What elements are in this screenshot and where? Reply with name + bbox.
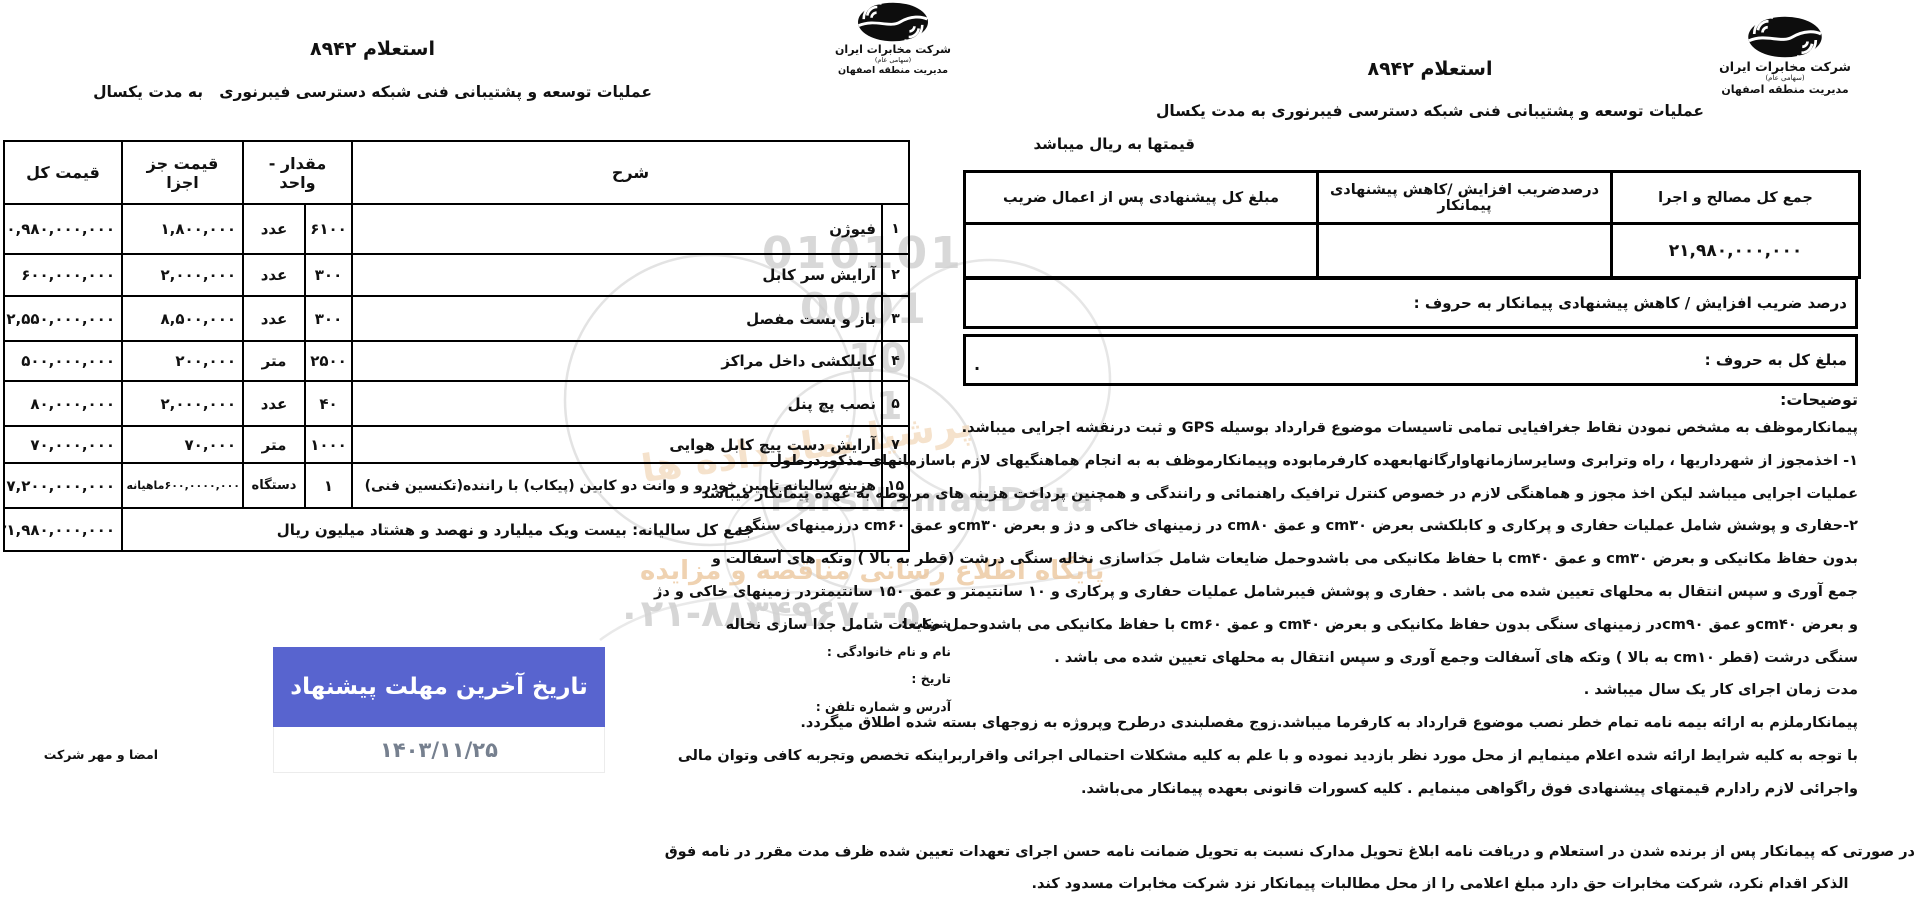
row-unit-price: ۲,۰۰۰,۰۰۰	[122, 381, 243, 426]
row-number: ۴	[882, 341, 909, 381]
company-logo: شرکت مخابرات ایران (سهامی عام) مدیریت من…	[838, 2, 948, 76]
row-total-price: ۲,۵۵۰,۰۰۰,۰۰۰	[4, 296, 122, 341]
notes-line: واجرائی لازم رادارم قیمتهای پیشنهادی فوق…	[965, 773, 1858, 806]
row-unit-price: ۲۰۰,۰۰۰	[122, 341, 243, 381]
notes-line: ۲-حفاری و پوشش شامل عملیات حفاری و پرکار…	[965, 510, 1858, 543]
proposed-amount-value	[965, 224, 1318, 278]
row-qty: ۴۰	[305, 381, 352, 426]
col-header-qty-unit: مقدار - واحد	[243, 141, 352, 204]
row-unit: عدد	[243, 296, 305, 341]
table-row: ۳ باز و بست مفصل ۳۰۰ عدد ۸,۵۰۰,۰۰۰ ۲,۵۵۰…	[4, 296, 909, 341]
form-label-fullname: نام و نام خانوادگی :	[741, 638, 951, 666]
notes-line: پیمانکارملزم به ارائه بیمه نامه تمام خطر…	[965, 707, 1858, 740]
row-number: ۱	[882, 204, 909, 254]
form-label-date: تاریخ :	[741, 665, 951, 693]
col-header-description: شرح	[352, 141, 909, 204]
row-unit: دستگاه	[243, 463, 305, 508]
row-total-price: ۸۰,۰۰۰,۰۰۰	[4, 381, 122, 426]
row-unit-price: ۱,۸۰۰,۰۰۰	[122, 204, 243, 254]
tender-document: 010101 0001 10 1 پرشیا نماد داده ها Pars…	[0, 0, 1924, 924]
percent-in-words-label: درصد ضریب افزایش / کاهش پیشنهادی پیمانکا…	[1414, 294, 1847, 312]
row-number: ۳	[882, 296, 909, 341]
row-total-price: ۷۰,۰۰۰,۰۰۰	[4, 426, 122, 463]
inquiry-subtitle-left: عملیات توسعه و پشتیبانی فنی شبکه دسترسی …	[0, 83, 745, 101]
inquiry-title-right: استعلام ۸۹۴۲	[1000, 58, 1860, 80]
row-unit-price: ۸,۵۰۰,۰۰۰	[122, 296, 243, 341]
table-row: ۲ آرایش سر کابل ۳۰۰ عدد ۲,۰۰۰,۰۰۰ ۶۰۰,۰۰…	[4, 254, 909, 296]
table-row: ۴ کابلکشی داخل مراکز ۲۵۰۰ متر ۲۰۰,۰۰۰ ۵۰…	[4, 341, 909, 381]
penalty-clause: در صورتی که پیمانکار پس از برنده شدن در …	[965, 836, 1915, 900]
notes-line: و بعرض cm۴۰و عمق cm۹۰در زمینهای سنگی بدو…	[965, 609, 1858, 642]
row-number: ۵	[882, 381, 909, 426]
notes-line: ۱- اخذمجوز از شهرداریها ، راه وترابری وس…	[965, 445, 1858, 478]
penalty-clause-line: در صورتی که پیمانکار پس از برنده شدن در …	[965, 836, 1915, 868]
row-description: کابلکشی داخل مراکز	[352, 341, 882, 381]
logo-region: مدیریت منطقه اصفهان	[1721, 83, 1848, 96]
row-total-price: ۷,۲۰۰,۰۰۰,۰۰۰	[4, 463, 122, 508]
deadline-date: ۱۴۰۳/۱۱/۲۵	[273, 727, 605, 773]
notes-title: توضیحات:	[965, 390, 1858, 409]
row-unit: متر	[243, 341, 305, 381]
row-unit: عدد	[243, 204, 305, 254]
row-unit: متر	[243, 426, 305, 463]
row-description: باز و بست مفصل	[352, 296, 882, 341]
logo-region: مدیریت منطقه اصفهان	[838, 65, 948, 76]
inquiry-subtitle-right: عملیات توسعه و پشتیبانی فنی شبکه دسترسی …	[1000, 102, 1860, 120]
col-header-proposed-amount: مبلغ کل پیشنهادی پس از اعمال ضریب	[965, 172, 1318, 224]
row-total-price: ۶۰۰,۰۰۰,۰۰۰	[4, 254, 122, 296]
inquiry-title-left: استعلام ۸۹۴۲	[0, 38, 745, 60]
row-unit: عدد	[243, 254, 305, 296]
col-header-materials-total: جمع کل مصالح و اجرا	[1612, 172, 1860, 224]
summary-table: جمع کل مصالح و اجرا درصدضریب افزایش /کاه…	[963, 170, 1861, 279]
notes-line: پیمانکارموظف به مشخص نمودن نقاط جغرافیای…	[965, 412, 1858, 445]
table-row: ۱ فیوژن ۶۱۰۰ عدد ۱,۸۰۰,۰۰۰ ۱۰,۹۸۰,۰۰۰,۰۰…	[4, 204, 909, 254]
row-total-price: ۵۰۰,۰۰۰,۰۰۰	[4, 341, 122, 381]
notes-line: بدون حفاظ مکانیکی و بعرض cm۳۰ و عمق cm۴۰…	[965, 543, 1858, 576]
row-qty: ۳۰۰	[305, 296, 352, 341]
row-number: ۲	[882, 254, 909, 296]
notes-line: مدت زمان اجرای کار یک سال میباشد .	[965, 674, 1858, 707]
row-unit-price: ۶۰۰,۰۰۰۰,۰۰۰ماهیانه	[122, 463, 243, 508]
amount-in-words-box: مبلغ کل به حروف : ·	[963, 334, 1858, 386]
row-qty: ۶۱۰۰	[305, 204, 352, 254]
logo-company-type: (سهامی عام)	[875, 56, 911, 64]
notes-line: عملیات اجرایی میباشد لیکن اخذ مجوز و هما…	[965, 478, 1858, 511]
notes-line: با توجه به کلیه شرایط ارائه شده اعلام می…	[965, 740, 1858, 773]
summary-header-row: جمع کل مصالح و اجرا درصدضریب افزایش /کاه…	[965, 172, 1860, 224]
tci-emblem-icon	[855, 2, 931, 42]
items-table-header-row: شرح مقدار - واحد قیمت جز اجزا قیمت کل	[4, 141, 909, 204]
summary-value-row: ۲۱,۹۸۰,۰۰۰,۰۰۰	[965, 224, 1860, 278]
notes-line: سنگی درشت (قطر cm۱۰ به بالا ) وتکه های آ…	[965, 642, 1858, 675]
table-row: ۵ نصب پچ پنل ۴۰ عدد ۲,۰۰۰,۰۰۰ ۸۰,۰۰۰,۰۰۰	[4, 381, 909, 426]
row-total-price: ۱۰,۹۸۰,۰۰۰,۰۰۰	[4, 204, 122, 254]
notes-paragraphs: پیمانکارموظف به مشخص نمودن نقاط جغرافیای…	[965, 412, 1858, 806]
row-description: فیوژن	[352, 204, 882, 254]
deadline-button[interactable]: تاریخ آخرین مهلت پیشنهاد	[273, 647, 605, 727]
col-header-percent-coefficient: درصدضریب افزایش /کاهش پیشنهادی پیمانکار	[1318, 172, 1612, 224]
grand-total-value: ۲۱,۹۸۰,۰۰۰,۰۰۰	[4, 508, 122, 551]
row-qty: ۱۰۰۰	[305, 426, 352, 463]
currency-note: قیمتها به ریال میباشد	[975, 135, 1195, 153]
materials-total-value: ۲۱,۹۸۰,۰۰۰,۰۰۰	[1612, 224, 1860, 278]
stray-dot: ·	[974, 359, 980, 378]
notes-line: جمع آوری و سپس انتقال به محلهای تعیین شد…	[965, 576, 1858, 609]
logo-company-name: شرکت مخابرات ایران	[835, 43, 951, 56]
percent-in-words-box: درصد ضریب افزایش / کاهش پیشنهادی پیمانکا…	[963, 277, 1858, 329]
row-qty: ۲۵۰۰	[305, 341, 352, 381]
row-unit-price: ۷۰,۰۰۰	[122, 426, 243, 463]
percent-coefficient-value	[1318, 224, 1612, 278]
row-unit: عدد	[243, 381, 305, 426]
col-header-total-price: قیمت کل	[4, 141, 122, 204]
amount-in-words-label: مبلغ کل به حروف :	[1705, 351, 1847, 369]
row-description: آرایش سر کابل	[352, 254, 882, 296]
signature-label: امضا و مهر شرکت	[28, 747, 158, 762]
row-qty: ۱	[305, 463, 352, 508]
col-header-unit-price: قیمت جز اجزا	[122, 141, 243, 204]
tci-emblem-icon	[1741, 16, 1829, 58]
row-qty: ۳۰۰	[305, 254, 352, 296]
row-description: نصب پچ پنل	[352, 381, 882, 426]
row-unit-price: ۲,۰۰۰,۰۰۰	[122, 254, 243, 296]
company-logo: شرکت مخابرات ایران (سهامی عام) مدیریت من…	[1722, 16, 1848, 96]
penalty-clause-line: الذکر اقدام نکرد، شرکت مخابرات حق دارد م…	[965, 868, 1915, 900]
